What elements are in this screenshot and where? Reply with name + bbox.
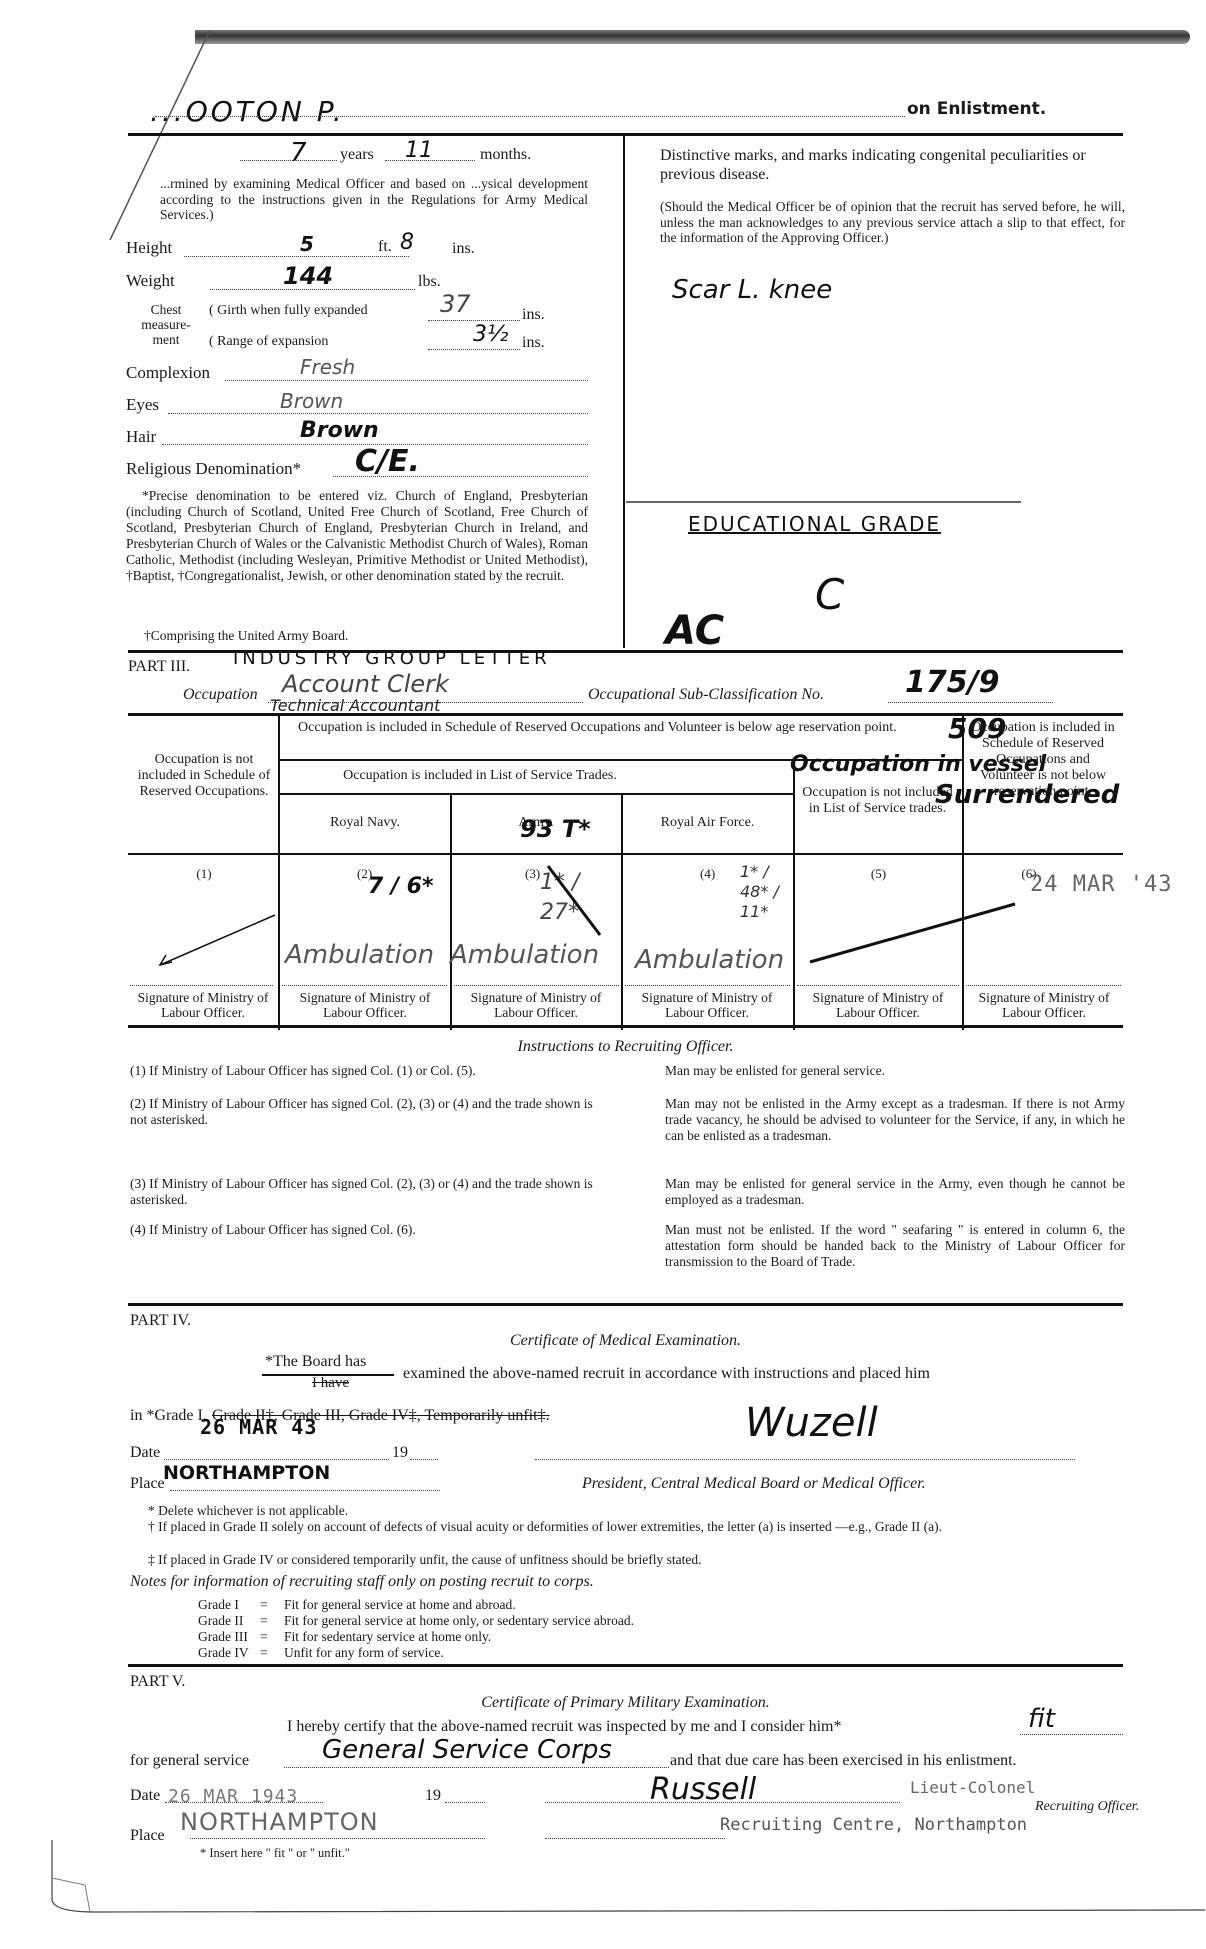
service-trades-header: Occupation is included in List of Servic… xyxy=(280,768,680,784)
royal-navy-header: Royal Navy. xyxy=(280,815,450,831)
col2-entries: 7 / 6* xyxy=(368,872,438,902)
general-service-value: General Service Corps xyxy=(322,1735,612,1765)
age-months-label: months. xyxy=(480,146,531,164)
certify-text: I hereby certify that the above-named re… xyxy=(287,1718,841,1736)
medical-cert-title: Certificate of Medical Examination. xyxy=(128,1332,1123,1350)
military-year-dots xyxy=(445,1802,485,1803)
military-date-stamp: 26 MAR 1943 xyxy=(168,1786,298,1807)
grade-row-2: Grade II=Fit for general service at home… xyxy=(198,1613,634,1629)
chest-label-1: Chest xyxy=(130,302,202,317)
medical-officer-signature: Wuzell xyxy=(745,1400,878,1446)
religion-footnote: *Precise denomination to be entered viz.… xyxy=(126,488,588,584)
col2-signature: Ambulation xyxy=(285,940,434,970)
medical-signature-dots xyxy=(535,1459,1075,1460)
complexion-value: Fresh xyxy=(300,355,355,379)
distinctive-marks-note: (Should the Medical Officer be of opinio… xyxy=(660,199,1125,246)
sig-line-1 xyxy=(130,985,273,986)
chest-label-3: ment xyxy=(130,332,202,347)
medical-date-stamp: 26 MAR 43 xyxy=(200,1415,317,1439)
instruction-action-2: Man may not be enlisted in the Army exce… xyxy=(665,1096,1125,1144)
signature-label-1: Signature of Ministry of Labour Officer. xyxy=(128,990,278,1020)
board-has-option: *The Board has xyxy=(265,1353,366,1371)
subclass-dots xyxy=(888,702,1053,703)
subclass-value: 175/9 xyxy=(905,665,999,700)
col5-divider xyxy=(793,759,795,1030)
grade-table: Grade I=Fit for general service at home … xyxy=(198,1597,634,1661)
col3-strike-icon xyxy=(540,860,620,940)
months-dots xyxy=(385,160,475,161)
col-number-3: (3) xyxy=(525,866,540,882)
due-care-text: and that due care has been exercised in … xyxy=(670,1752,1017,1770)
age-note: ...rmined by examining Medical Officer a… xyxy=(160,176,588,223)
torn-page-edge xyxy=(195,30,1190,44)
occupation-label: Occupation xyxy=(183,686,258,704)
chest-measurement-label: Chest measure- ment xyxy=(130,302,202,347)
signature-label-3: Signature of Ministry of Labour Officer. xyxy=(453,990,619,1020)
medical-place-label: Place xyxy=(130,1475,165,1493)
col-number-1: (1) xyxy=(130,866,278,882)
sig-line-3 xyxy=(454,985,619,986)
occupation-value: Account Clerk xyxy=(282,670,449,698)
col5-header: Occupation is not included in List of Se… xyxy=(800,785,955,817)
age-years-label: years xyxy=(340,146,374,164)
height-label: Height xyxy=(126,238,172,258)
recruit-name: ...OOTON P. xyxy=(150,95,345,128)
height-in-value: 8 xyxy=(400,230,414,255)
military-place-stamp: NORTHAMPTON xyxy=(180,1808,379,1836)
table-bottom-rule xyxy=(128,1025,1123,1028)
part4-rule xyxy=(128,1303,1123,1306)
age-years-value: 7 xyxy=(290,138,307,168)
distinctive-marks-value: Scar L. knee xyxy=(672,275,832,305)
range-unit: ins. xyxy=(522,334,545,352)
eyes-label: Eyes xyxy=(126,395,159,415)
part2-divider xyxy=(623,136,625,648)
grade-desc: Fit for general service at home and abro… xyxy=(284,1597,516,1612)
military-cert-title: Certificate of Primary Military Examinat… xyxy=(128,1694,1123,1712)
medical-year-label: 19 xyxy=(392,1444,408,1462)
instruction-condition-3: (3) If Ministry of Labour Officer has si… xyxy=(130,1176,600,1208)
part3-title: PART III. xyxy=(128,658,190,676)
girth-dots xyxy=(428,320,520,321)
religion-value: C/E. xyxy=(355,444,420,479)
signature-label-2: Signature of Ministry of Labour Officer. xyxy=(282,990,448,1020)
medical-place-dots xyxy=(170,1490,440,1491)
girth-unit: ins. xyxy=(522,306,545,324)
instruction-condition-4: (4) If Ministry of Labour Officer has si… xyxy=(130,1222,610,1238)
grade-desc: Fit for sedentary service at home only. xyxy=(284,1629,491,1644)
medical-date-label: Date xyxy=(130,1444,160,1462)
industry-letter-value: AC xyxy=(665,608,724,654)
grade-name: Grade I xyxy=(198,1597,260,1613)
height-in-unit: ins. xyxy=(452,240,475,258)
footnote-grade2: † If placed in Grade II solely on accoun… xyxy=(148,1519,1133,1535)
rank-stamp: Lieut-Colonel xyxy=(910,1778,1035,1797)
grade-desc: Fit for general service at home only, or… xyxy=(284,1613,634,1628)
part5-rule xyxy=(128,1664,1123,1667)
col3-signature: Ambulation xyxy=(450,940,599,970)
chest-label-2: measure- xyxy=(130,317,202,332)
fit-value: fit xyxy=(1028,1704,1055,1734)
educational-grade-rule xyxy=(626,501,1021,503)
col-number-4: (4) xyxy=(700,866,715,882)
col5-cancel-line-icon xyxy=(805,900,1025,970)
grade-name: Grade IV xyxy=(198,1645,260,1661)
range-label: ( Range of expansion xyxy=(209,334,328,350)
weight-unit: lbs. xyxy=(418,273,441,291)
military-date-dots xyxy=(165,1802,323,1803)
footnote-grade4: ‡ If placed in Grade IV or considered te… xyxy=(148,1552,701,1568)
part4-title: PART IV. xyxy=(130,1312,191,1330)
girth-value: 37 xyxy=(440,290,471,318)
grade-row-4: Grade IV=Unfit for any form of service. xyxy=(198,1645,634,1661)
height-dots xyxy=(184,256,409,257)
grade-prefix: in *Grade I, xyxy=(130,1407,207,1425)
examined-text: examined the above-named recruit in acco… xyxy=(403,1365,930,1383)
col1-header: Occupation is not included in Schedule o… xyxy=(130,752,278,800)
weight-label: Weight xyxy=(126,271,175,291)
instruction-condition-1: (1) If Ministry of Labour Officer has si… xyxy=(130,1063,610,1079)
height-ft-unit: ft. xyxy=(378,238,392,256)
grade-name: Grade II xyxy=(198,1613,260,1629)
general-service-dots xyxy=(284,1767,669,1768)
centre-dots xyxy=(545,1838,725,1839)
military-date-label: Date xyxy=(130,1787,160,1805)
grade-row-3: Grade III=Fit for sedentary service at h… xyxy=(198,1629,634,1645)
eyes-value: Brown xyxy=(280,389,343,413)
name-dotted-line xyxy=(155,116,905,117)
fit-dots xyxy=(1020,1734,1123,1735)
industry-group-handwritten: INDUSTRY GROUP LETTER xyxy=(233,648,551,669)
instruction-condition-2: (2) If Ministry of Labour Officer has si… xyxy=(130,1096,600,1128)
range-text: Range of expansion xyxy=(217,334,328,349)
complexion-dots xyxy=(225,380,588,381)
i-have-option-struck: I have xyxy=(312,1375,349,1392)
recruiting-officer-label: Recruiting Officer. xyxy=(1035,1799,1139,1815)
raf-header: Royal Air Force. xyxy=(622,815,793,831)
col4-entries: 1* / 48* / 11* xyxy=(740,862,790,922)
distinctive-marks-title: Distinctive marks, and marks indicating … xyxy=(660,146,1125,184)
table-header-bottom xyxy=(128,853,1123,855)
col1-cancel-arrow-icon xyxy=(130,910,280,970)
recruiting-officer-signature: Russell xyxy=(650,1772,756,1807)
signature-label-4: Signature of Ministry of Labour Officer. xyxy=(624,990,790,1020)
grade-row-1: Grade I=Fit for general service at home … xyxy=(198,1597,634,1613)
notes-title: Notes for information of recruiting staf… xyxy=(130,1573,594,1591)
col6-date-stamp: 24 MAR '43 xyxy=(1030,872,1172,897)
eyes-dots xyxy=(168,413,588,414)
instruction-action-1: Man may be enlisted for general service. xyxy=(665,1063,1125,1079)
weight-value: 144 xyxy=(283,262,333,290)
footnote-delete: * Delete whichever is not applicable. xyxy=(148,1503,348,1519)
height-ft-value: 5 xyxy=(300,232,314,256)
part5-title: PART V. xyxy=(130,1673,185,1691)
general-service-label: for general service xyxy=(130,1752,249,1770)
sig-line-5 xyxy=(797,985,959,986)
sig-line-2 xyxy=(282,985,447,986)
girth-label: ( Girth when fully expanded xyxy=(209,303,368,319)
medical-place-stamp: NORTHAMPTON xyxy=(163,1462,330,1484)
educational-grade-value: C xyxy=(815,570,844,619)
complexion-label: Complexion xyxy=(126,363,210,383)
header-rule xyxy=(128,133,1123,136)
medical-signatory-label: President, Central Medical Board or Medi… xyxy=(582,1475,926,1493)
grade-name: Grade III xyxy=(198,1629,260,1645)
col4-signature: Ambulation xyxy=(635,945,784,975)
grade-desc: Unfit for any form of service. xyxy=(284,1645,444,1660)
page-bottom-edge xyxy=(40,1840,1206,1920)
united-army-board-note: †Comprising the United Army Board. xyxy=(144,628,348,644)
on-enlistment-label: on Enlistment. xyxy=(907,99,1046,119)
medical-year-dots xyxy=(410,1459,438,1460)
girth-text: Girth when fully expanded xyxy=(217,303,367,318)
range-dots xyxy=(428,349,520,350)
range-value: 3½ xyxy=(473,322,508,347)
signature-label-6: Signature of Ministry of Labour Officer. xyxy=(965,990,1123,1020)
sig-line-4 xyxy=(625,985,790,986)
signature-label-5: Signature of Ministry of Labour Officer. xyxy=(796,990,960,1020)
service-trades-bottom xyxy=(278,793,793,795)
religion-label: Religious Denomination* xyxy=(126,459,301,479)
military-year-label: 19 xyxy=(425,1787,441,1805)
subclass-label: Occupational Sub-Classification No. xyxy=(588,686,824,704)
instruction-action-3: Man may be enlisted for general service … xyxy=(665,1176,1125,1208)
educational-grade-label: EDUCATIONAL GRADE xyxy=(688,512,941,536)
military-place-dots xyxy=(190,1838,485,1839)
age-dots xyxy=(240,160,337,161)
sig-line-6 xyxy=(966,985,1121,986)
reserved-header: Occupation is included in Schedule of Re… xyxy=(298,720,948,736)
table-col1-divider xyxy=(278,715,280,1030)
col6-handwritten: Surrendered xyxy=(935,780,1119,810)
instruction-action-4: Man must not be enlisted. If the word " … xyxy=(665,1222,1125,1270)
col-number-5: (5) xyxy=(795,866,962,882)
hair-label: Hair xyxy=(126,427,156,447)
medical-date-dots xyxy=(164,1459,389,1460)
army-handwritten: 93 T* xyxy=(520,815,591,843)
instructions-title: Instructions to Recruiting Officer. xyxy=(128,1038,1123,1056)
recruiting-centre-stamp: Recruiting Centre, Northampton xyxy=(720,1815,1027,1835)
hair-value: Brown xyxy=(300,418,379,443)
